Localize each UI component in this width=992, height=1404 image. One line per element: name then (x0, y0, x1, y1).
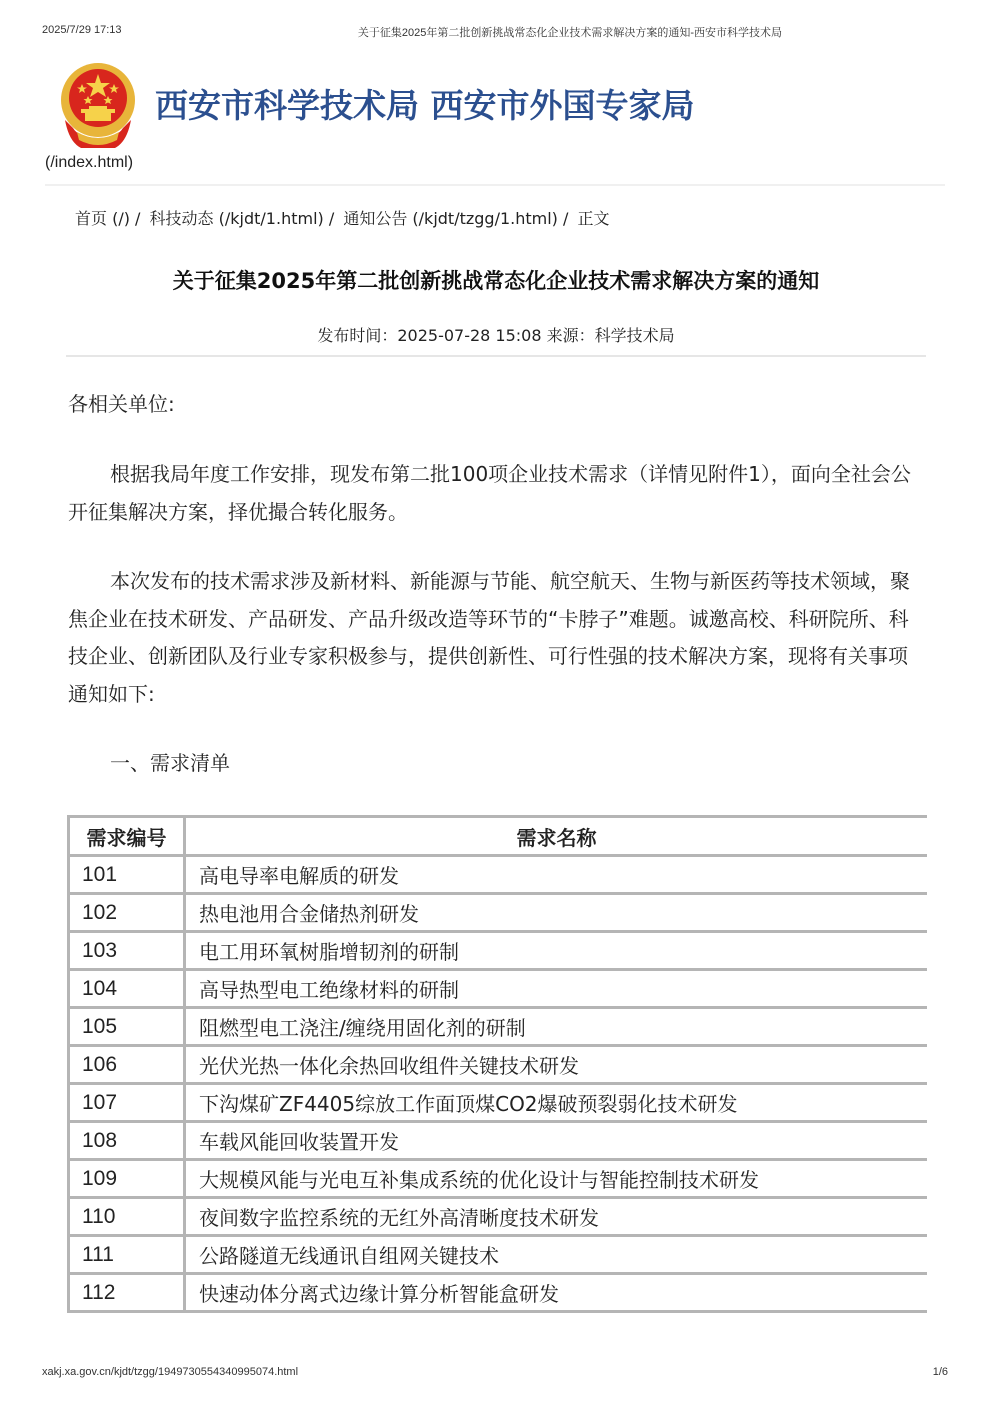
paragraph-scope: 本次发布的技术需求涉及新材料、新能源与节能、航空航天、生物与新医药等技术领域，聚… (68, 563, 926, 713)
table-row: 111公路隧道无线通讯自组网关键技术 (69, 1236, 928, 1274)
req-id: 109 (69, 1160, 185, 1198)
print-footer: xakj.xa.gov.cn/kjdt/tzgg/194973055434099… (0, 1366, 992, 1382)
meta-divider (66, 355, 926, 357)
req-id: 104 (69, 970, 185, 1008)
req-id: 108 (69, 1122, 185, 1160)
req-id: 102 (69, 894, 185, 932)
req-name: 电工用环氧树脂增韧剂的研制 (185, 932, 928, 970)
print-header: 2025/7/29 17:13 关于征集2025年第二批创新挑战常态化企业技术需… (0, 24, 992, 40)
req-name: 快速动体分离式边缘计算分析智能盒研发 (185, 1274, 928, 1312)
req-id: 101 (69, 856, 185, 894)
table-row: 103电工用环氧树脂增韧剂的研制 (69, 932, 928, 970)
table-row: 109大规模风能与光电互补集成系统的优化设计与智能控制技术研发 (69, 1160, 928, 1198)
req-name: 高导热型电工绝缘材料的研制 (185, 970, 928, 1008)
table-header-row: 需求编号 需求名称 (69, 817, 928, 856)
site-title[interactable]: 西安市科学技术局 西安市外国专家局 (155, 80, 695, 127)
header-req-name: 需求名称 (185, 817, 928, 856)
breadcrumb-notices[interactable]: 通知公告 (/kjdt/tzgg/1.html) / (343, 209, 568, 228)
print-page-title: 关于征集2025年第二批创新挑战常态化企业技术需求解决方案的通知-西安市科学技术… (0, 24, 992, 40)
breadcrumb-current: 正文 (577, 209, 609, 228)
table-row: 104高导热型电工绝缘材料的研制 (69, 970, 928, 1008)
table-row: 106光伏光热一体化余热回收组件关键技术研发 (69, 1046, 928, 1084)
paragraph-intro: 根据我局年度工作安排，现发布第二批100项企业技术需求（详情见附件1），面向全社… (68, 456, 926, 531)
salutation: 各相关单位: (68, 386, 926, 424)
breadcrumb-home[interactable]: 首页 (/) / (75, 209, 140, 228)
req-name: 下沟煤矿ZF4405综放工作面顶煤CO2爆破预裂弱化技术研发 (185, 1084, 928, 1122)
requirements-table: 需求编号 需求名称 101高电导率电解质的研发 102热电池用合金储热剂研发 1… (67, 815, 927, 1313)
req-id: 112 (69, 1274, 185, 1312)
table-row: 110夜间数字监控系统的无红外高清晰度技术研发 (69, 1198, 928, 1236)
article-meta: 发布时间：2025-07-28 15:08 来源：科学技术局 (0, 323, 992, 346)
req-name: 公路隧道无线通讯自组网关键技术 (185, 1236, 928, 1274)
table-row: 102热电池用合金储热剂研发 (69, 894, 928, 932)
site-header: (/index.html) 西安市科学技术局 西安市外国专家局 (45, 58, 945, 188)
req-name: 光伏光热一体化余热回收组件关键技术研发 (185, 1046, 928, 1084)
header-req-id: 需求编号 (69, 817, 185, 856)
req-name: 热电池用合金储热剂研发 (185, 894, 928, 932)
req-id: 103 (69, 932, 185, 970)
print-url: xakj.xa.gov.cn/kjdt/tzgg/194973055434099… (42, 1366, 298, 1378)
breadcrumb: 首页 (/) / 科技动态 (/kjdt/1.html) / 通知公告 (/kj… (75, 206, 614, 229)
header-divider (45, 184, 945, 186)
req-name: 车载风能回收装置开发 (185, 1122, 928, 1160)
page-number: 1/6 (933, 1366, 948, 1378)
logo-link-url[interactable]: (/index.html) (45, 154, 133, 172)
req-name: 阻燃型电工浇注/缠绕用固化剂的研制 (185, 1008, 928, 1046)
req-id: 106 (69, 1046, 185, 1084)
national-emblem-icon (59, 62, 137, 152)
article-title: 关于征集2025年第二批创新挑战常态化企业技术需求解决方案的通知 (0, 265, 992, 295)
req-id: 105 (69, 1008, 185, 1046)
breadcrumb-news[interactable]: 科技动态 (/kjdt/1.html) / (150, 209, 335, 228)
table-row: 112快速动体分离式边缘计算分析智能盒研发 (69, 1274, 928, 1312)
req-name: 大规模风能与光电互补集成系统的优化设计与智能控制技术研发 (185, 1160, 928, 1198)
table-row: 108车载风能回收装置开发 (69, 1122, 928, 1160)
section-heading: 一、需求清单 (110, 745, 968, 783)
req-id: 110 (69, 1198, 185, 1236)
table-row: 107下沟煤矿ZF4405综放工作面顶煤CO2爆破预裂弱化技术研发 (69, 1084, 928, 1122)
req-id: 107 (69, 1084, 185, 1122)
table-row: 101高电导率电解质的研发 (69, 856, 928, 894)
req-id: 111 (69, 1236, 185, 1274)
req-name: 高电导率电解质的研发 (185, 856, 928, 894)
req-name: 夜间数字监控系统的无红外高清晰度技术研发 (185, 1198, 928, 1236)
table-row: 105阻燃型电工浇注/缠绕用固化剂的研制 (69, 1008, 928, 1046)
